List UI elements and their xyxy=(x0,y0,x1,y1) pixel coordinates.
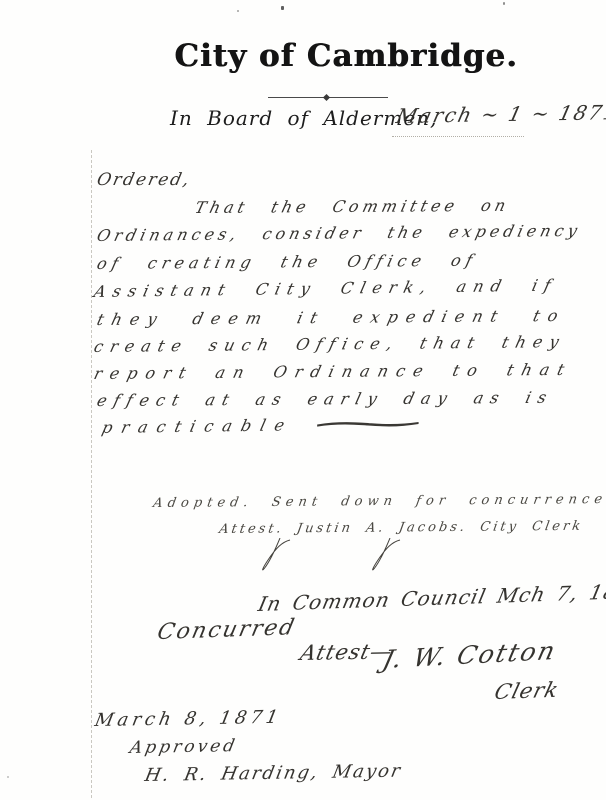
handwritten-date: March ~ 1 ~ 1871 xyxy=(394,100,606,128)
order-line: Ordinances, consider the expediency xyxy=(95,221,583,245)
order-line: report an Ordinance to that xyxy=(92,360,574,383)
order-line: effect at as early day as is xyxy=(95,388,556,410)
divider-diamond xyxy=(323,94,330,101)
order-opening: Ordered, xyxy=(95,170,193,190)
clerk-role: Clerk xyxy=(492,678,562,704)
order-line: practicable xyxy=(100,415,295,437)
scan-speck xyxy=(237,10,239,12)
order-line: That the Committee on xyxy=(193,196,512,217)
order-line: of creating the Office of xyxy=(95,251,479,273)
title-divider xyxy=(268,97,388,98)
council-attest-label: Attest— xyxy=(298,639,395,665)
date-dotted-underline xyxy=(392,136,524,137)
approval-date: March 8, 1871 xyxy=(93,707,284,731)
scan-speck xyxy=(503,2,505,5)
council-heading: In Common Council Mch 7, 1871 xyxy=(256,579,606,616)
order-line: create such Office, that they xyxy=(92,332,568,356)
clerk-signature: J. W. Cotton xyxy=(380,636,560,674)
adoption-attest: Attest. Justin A. Jacobs. City Clerk xyxy=(218,519,584,537)
document-title: City of Cambridge. xyxy=(96,38,596,74)
concurred-label: Concurred xyxy=(155,615,298,645)
order-line: they deem it expedient to xyxy=(95,306,568,329)
adoption-note: Adopted. Sent down for concurrence. xyxy=(152,492,606,511)
mayor-signature: H. R. Harding, Mayor xyxy=(143,761,404,786)
order-line: Assistant City Clerk, and if xyxy=(92,276,560,301)
scan-speck xyxy=(281,6,284,10)
document-page: City of Cambridge. In Board of Aldermen,… xyxy=(0,0,606,800)
signature-flourish-loops xyxy=(262,538,462,584)
closing-flourish: ~ xyxy=(300,408,436,442)
approved-label: Approved xyxy=(128,736,239,758)
scan-speck xyxy=(7,776,9,778)
fold-margin-line xyxy=(91,150,92,798)
